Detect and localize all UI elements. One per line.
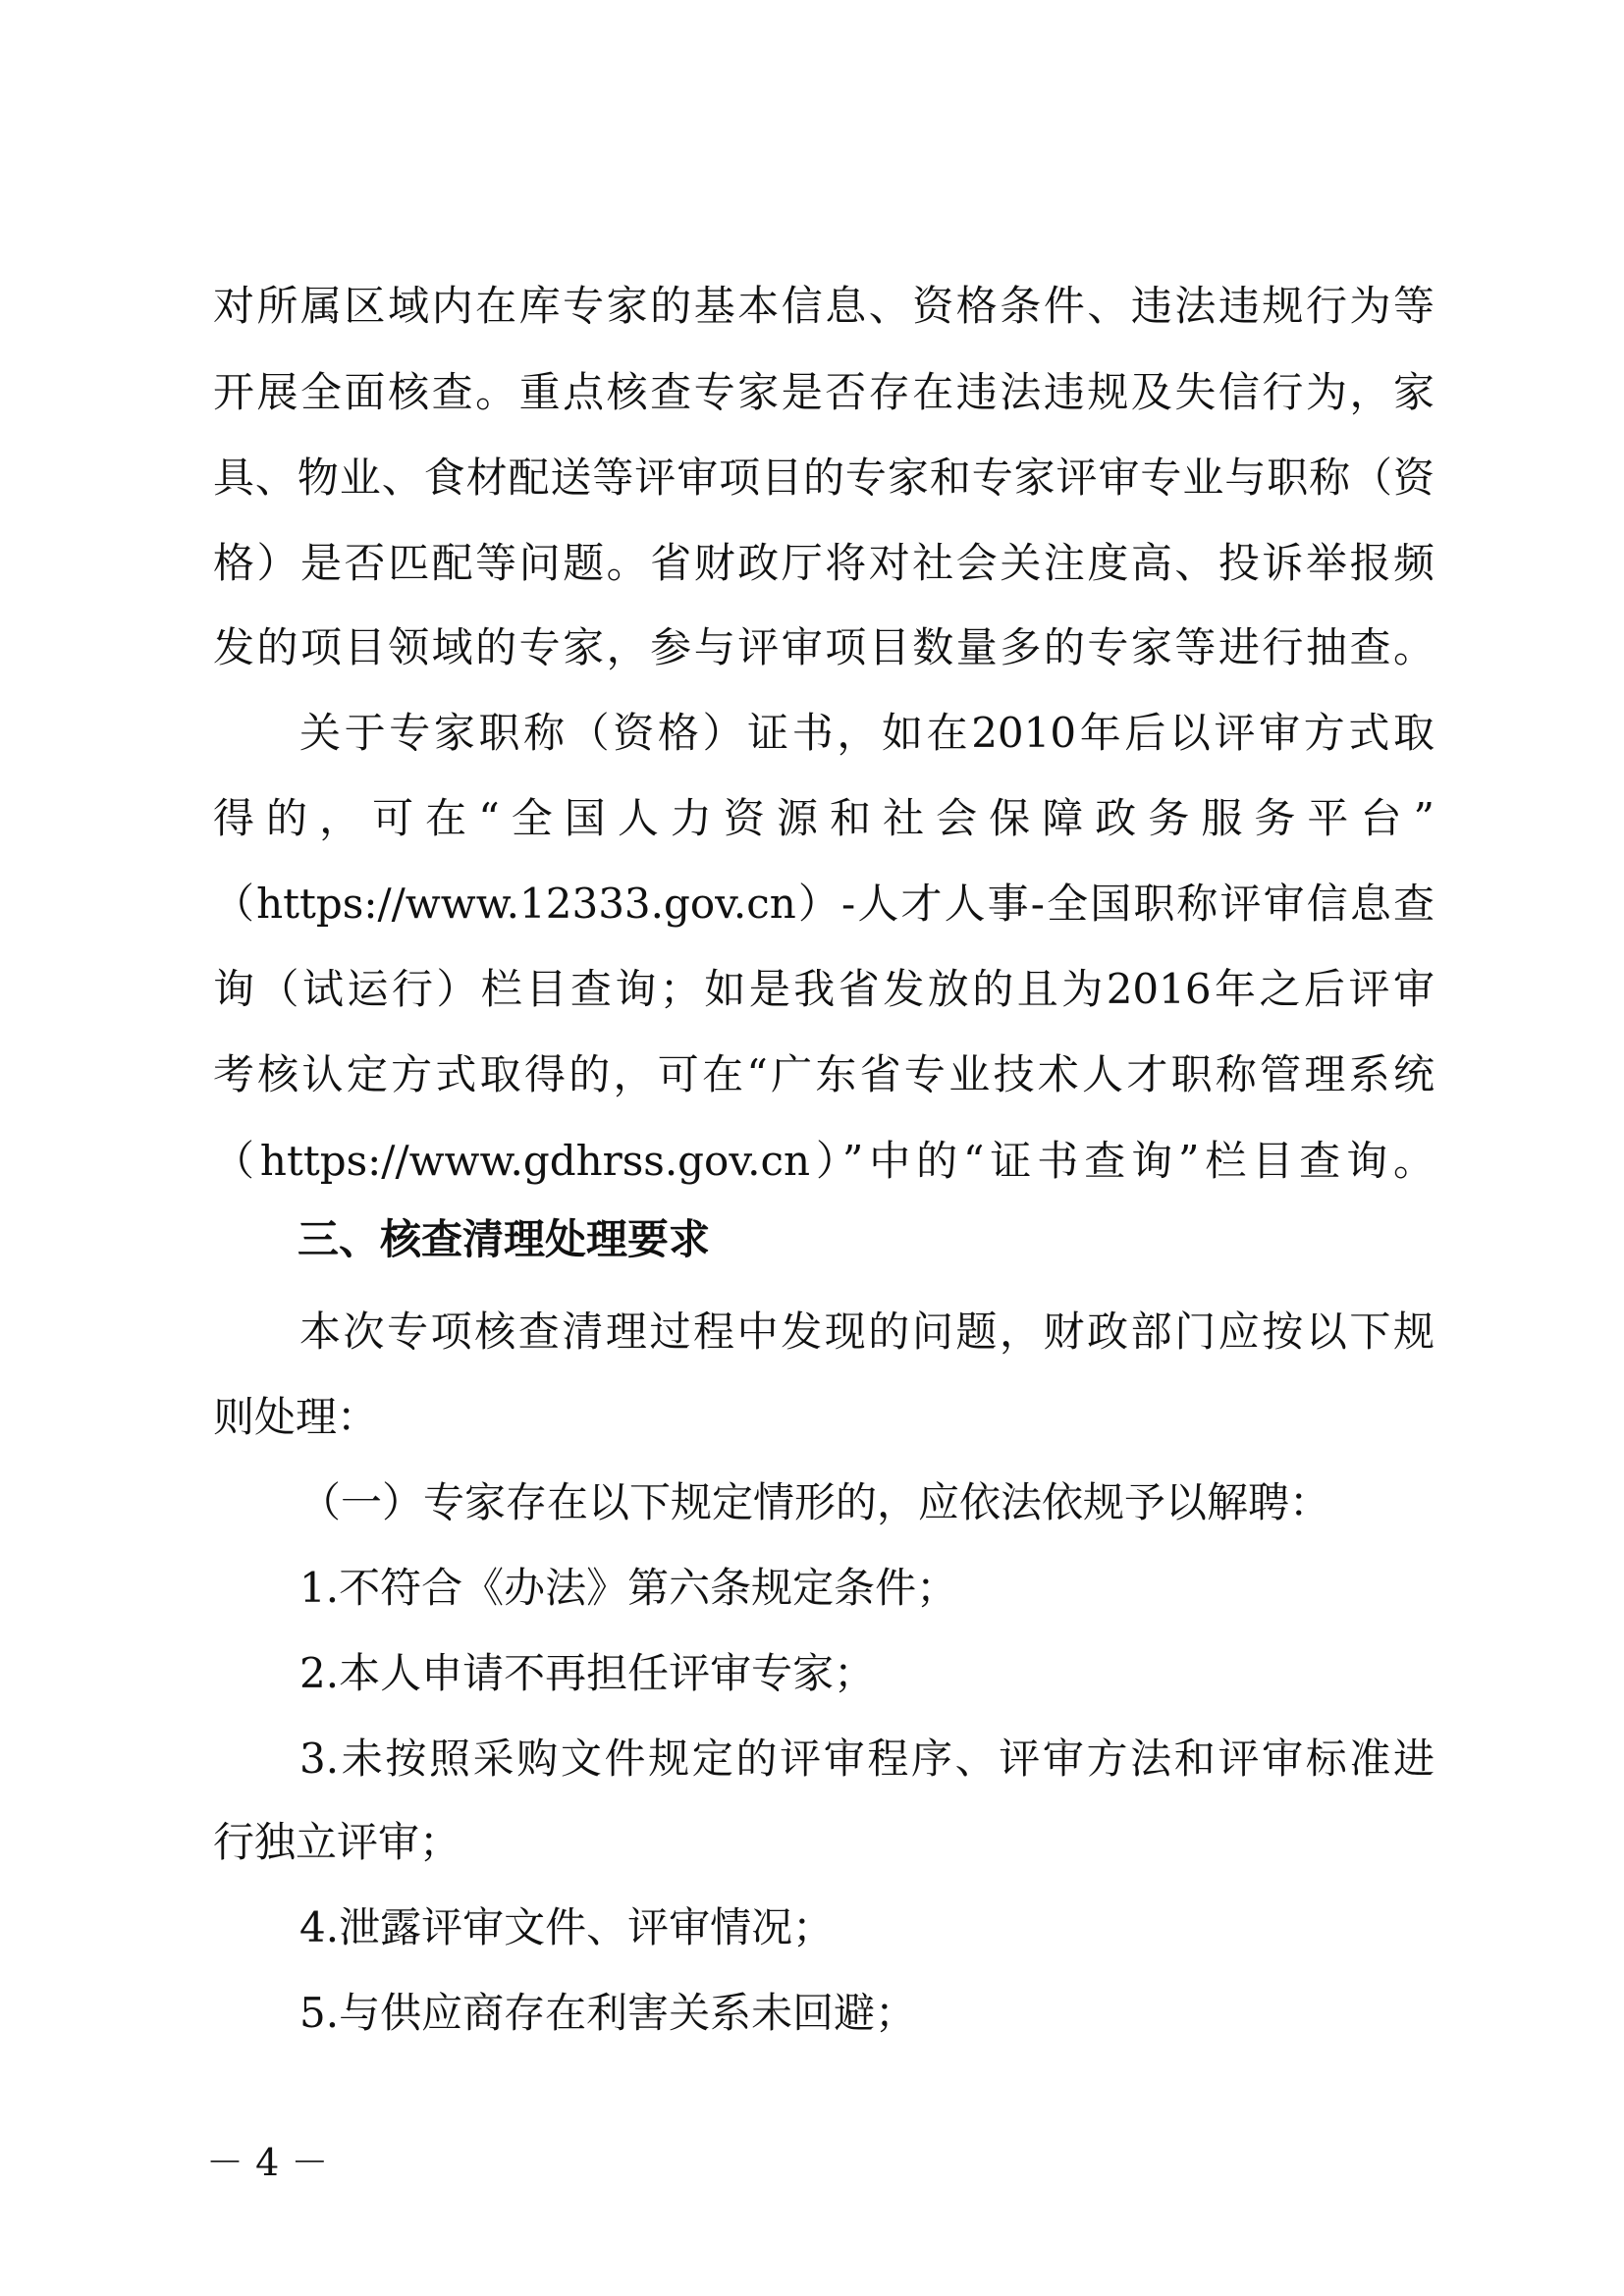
paragraph-1-line-1: 对所属区域内在库专家的基本信息、资格条件、违法违规行为等 [213,277,1435,336]
list-item-5: 5.与供应商存在利害关系未回避； [299,1984,1435,2043]
paragraph-2-line-2: 得的，可在“全国人力资源和社会保障政务服务平台” [213,789,1435,848]
paragraph-1-line-2: 开展全面核查。重点核查专家是否存在违法违规及失信行为，家 [213,363,1435,422]
list-item-3-line-1: 3.未按照采购文件规定的评审程序、评审方法和评审标准进 [299,1730,1435,1789]
paragraph-1-line-5: 发的项目领域的专家，参与评审项目数量多的专家等进行抽查。 [213,618,1435,677]
paragraph-2-line-6: （https://www.gdhrss.gov.cn）”中的“证书查询”栏目查询… [213,1132,1435,1191]
document-page: 对所属区域内在库专家的基本信息、资格条件、违法违规行为等 开展全面核查。重点核查… [0,0,1624,2296]
paragraph-2-line-4: 询（试运行）栏目查询；如是我省发放的且为2016年之后评审 [213,960,1435,1019]
page-number: － 4 － [206,2140,328,2185]
paragraph-2-line-5: 考核认定方式取得的，可在“广东省专业技术人才职称管理系统 [213,1045,1435,1104]
paragraph-1-line-4: 格）是否匹配等问题。省财政厅将对社会关注度高、投诉举报频 [213,534,1435,593]
paragraph-2-line-3: （https://www.12333.gov.cn）-人才人事-全国职称评审信息… [213,875,1435,934]
paragraph-2-line-1: 关于专家职称（资格）证书，如在2010年后以评审方式取 [299,704,1435,763]
list-item-3-line-2: 行独立评审； [213,1813,1435,1872]
paragraph-3-line-2: 则处理： [213,1388,1435,1447]
paragraph-1-line-3: 具、物业、食材配送等评审项目的专家和专家评审专业与职称（资 [213,449,1435,507]
paragraph-3-line-1: 本次专项核查清理过程中发现的问题，财政部门应按以下规 [299,1303,1435,1362]
list-item-2: 2.本人申请不再担任评审专家； [299,1644,1435,1703]
section-heading: 三、核查清理处理要求 [298,1210,710,1269]
subheading-1: （一）专家存在以下规定情形的，应依法依规予以解聘： [299,1473,1435,1532]
list-item-1: 1.不符合《办法》第六条规定条件； [299,1559,1435,1618]
list-item-4: 4.泄露评审文件、评审情况； [299,1898,1435,1957]
